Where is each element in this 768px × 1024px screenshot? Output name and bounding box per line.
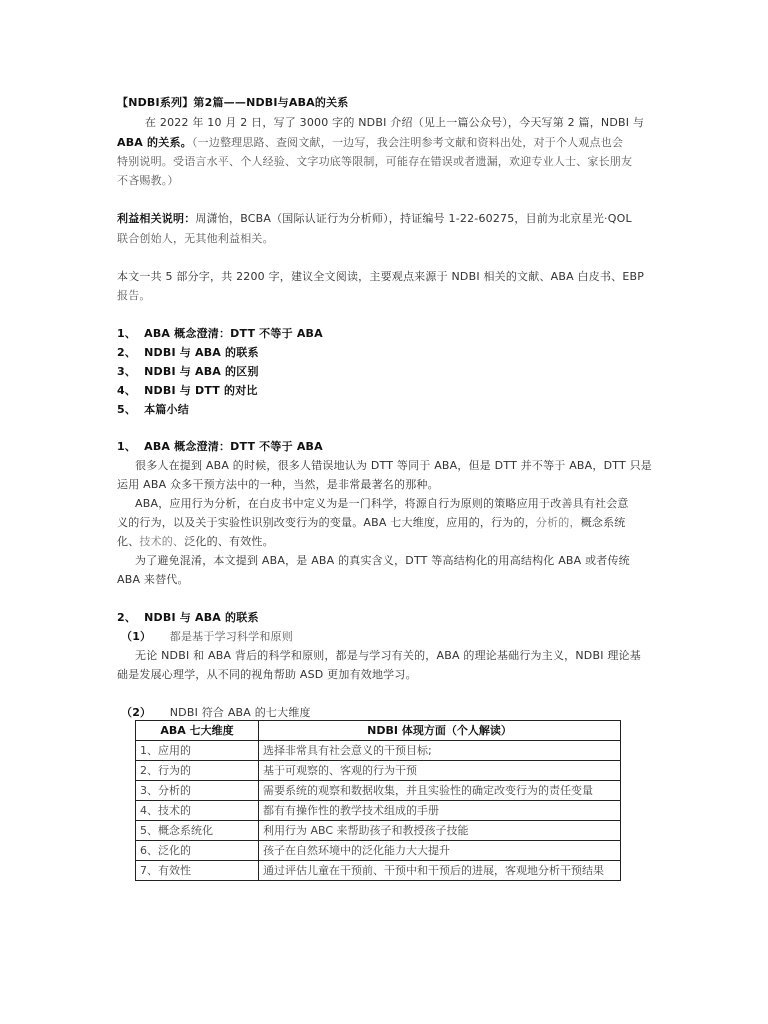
heading-num: 1、 — [117, 440, 136, 453]
section1-p2-line2: 义的行为，以及关于实验性识别改变行为的变量。ABA 七大维度，应用的，行为的，分… — [117, 516, 626, 530]
text-highlight: 技术的、 — [139, 535, 184, 548]
table-row: 2、行为的 基于可观察的、客观的行为干预 — [136, 761, 621, 781]
ndbi-cell: 基于可观察的、客观的行为干预 — [259, 761, 621, 781]
intro-line-4: 不吝赐教。） — [117, 174, 179, 188]
intro-bold: ABA 的关系。 — [117, 136, 192, 149]
toc-item[interactable]: 3、 NDBI 与 ABA 的区别 — [117, 365, 259, 379]
sub-label: 都是基于学习科学和原则 — [170, 630, 293, 643]
dimension-cell: 6、泛化的 — [136, 841, 259, 861]
section1-heading: 1、 ABA 概念澄清：DTT 不等于 ABA — [117, 440, 323, 454]
text: 化、 — [117, 535, 139, 548]
table-row: 4、技术的 都有有操作性的教学技术组成的手册 — [136, 801, 621, 821]
toc-label: 本篇小结 — [144, 403, 189, 416]
intro-note: （一边整理思路、查阅文献，一边写，我会注明参考文献和资料出处，对于个人观点也会 — [192, 136, 623, 149]
seven-dimensions-table: ABA 七大维度 NDBI 体现方面（个人解读） 1、应用的 选择非常具有社会意… — [135, 720, 621, 881]
ndbi-cell: 选择非常具有社会意义的干预目标; — [259, 741, 621, 761]
heading-text: ABA 概念澄清：DTT 不等于 ABA — [144, 440, 323, 453]
section2-sub1: （1） 都是基于学习科学和原则 — [121, 630, 293, 644]
disclosure-line-1: 利益相关说明：周潇怡，BCBA（国际认证行为分析师），持证编号 1-22-602… — [117, 212, 632, 226]
sub-num: （2） — [121, 706, 151, 719]
section1-p2-line3: 化、技术的、泛化的、有效性。 — [117, 535, 274, 549]
sub-num: （1） — [121, 630, 151, 643]
section2-sub1-line1: 无论 NDBI 和 ABA 背后的科学和原则，都是与学习有关的，ABA 的理论基… — [135, 649, 641, 663]
toc-num: 4、 — [117, 384, 136, 397]
toc-item[interactable]: 2、 NDBI 与 ABA 的联系 — [117, 346, 259, 360]
sub-label: NDBI 符合 ABA 的七大维度 — [170, 706, 311, 719]
table-row: 7、有效性 通过评估儿童在干预前、干预中和干预后的进展，客观地分析干预结果 — [136, 861, 621, 881]
toc-num: 2、 — [117, 346, 136, 359]
table-row: 5、概念系统化 利用行为 ABC 来帮助孩子和教授孩子技能 — [136, 821, 621, 841]
heading-text: NDBI 与 ABA 的联系 — [144, 611, 259, 624]
table-header-row: ABA 七大维度 NDBI 体现方面（个人解读） — [136, 721, 621, 741]
table-row: 6、泛化的 孩子在自然环境中的泛化能力大大提升 — [136, 841, 621, 861]
summary-line-2: 报告。 — [117, 289, 151, 303]
dimension-cell: 4、技术的 — [136, 801, 259, 821]
toc-label: NDBI 与 ABA 的区别 — [144, 365, 259, 378]
text: 泛化的、有效性。 — [184, 535, 274, 548]
text-highlight: 分析的， — [536, 516, 581, 529]
toc-num: 3、 — [117, 365, 136, 378]
disclosure-line-2: 联合创始人，无其他利益相关。 — [117, 232, 274, 246]
section1-p3-line2: ABA 来替代。 — [117, 573, 189, 587]
table-row: 1、应用的 选择非常具有社会意义的干预目标; — [136, 741, 621, 761]
section2-heading: 2、 NDBI 与 ABA 的联系 — [117, 611, 259, 625]
column-header: NDBI 体现方面（个人解读） — [259, 721, 621, 741]
ndbi-cell: 孩子在自然环境中的泛化能力大大提升 — [259, 841, 621, 861]
dimension-cell: 2、行为的 — [136, 761, 259, 781]
dimension-cell: 5、概念系统化 — [136, 821, 259, 841]
ndbi-cell: 通过评估儿童在干预前、干预中和干预后的进展，客观地分析干预结果 — [259, 861, 621, 881]
toc-num: 1、 — [117, 327, 136, 340]
heading-num: 2、 — [117, 611, 136, 624]
section2-sub2: （2） NDBI 符合 ABA 的七大维度 — [121, 706, 311, 720]
section1-p3-line1: 为了避免混淆，本文提到 ABA，是 ABA 的真实含义，DTT 等高结构化的用高… — [135, 554, 630, 568]
ndbi-cell: 都有有操作性的教学技术组成的手册 — [259, 801, 621, 821]
toc-label: NDBI 与 ABA 的联系 — [144, 346, 259, 359]
text: 义的行为，以及关于实验性识别改变行为的变量。ABA 七大维度，应用的，行为的， — [117, 516, 536, 529]
summary-line-1: 本文一共 5 部分字，共 2200 字，建议全文阅读，主要观点来源于 NDBI … — [117, 270, 644, 284]
intro-line-2: ABA 的关系。（一边整理思路、查阅文献，一边写，我会注明参考文献和资料出处，对… — [117, 136, 623, 150]
section2-sub1-line2: 础是发展心理学，从不同的视角帮助 ASD 更加有效地学习。 — [117, 668, 417, 682]
toc-label: ABA 概念澄清：DTT 不等于 ABA — [144, 327, 323, 340]
toc-item[interactable]: 5、 本篇小结 — [117, 403, 189, 417]
ndbi-cell: 利用行为 ABC 来帮助孩子和教授孩子技能 — [259, 821, 621, 841]
column-header: ABA 七大维度 — [136, 721, 259, 741]
disclosure-text: 周潇怡，BCBA（国际认证行为分析师），持证编号 1-22-60275，目前为北… — [195, 212, 631, 225]
dimension-cell: 3、分析的 — [136, 781, 259, 801]
section1-p1-line1: 很多人在提到 ABA 的时候，很多人错误地认为 DTT 等同于 ABA，但是 D… — [135, 459, 652, 473]
toc-item[interactable]: 1、 ABA 概念澄清：DTT 不等于 ABA — [117, 327, 323, 341]
toc-num: 5、 — [117, 403, 136, 416]
ndbi-cell: 需要系统的观察和数据收集，并且实验性的确定改变行为的责任变量 — [259, 781, 621, 801]
document-title: 【NDBI系列】第2篇——NDBI与ABA的关系 — [117, 96, 349, 110]
section1-p1-line2: 运用 ABA 众多干预方法中的一种，当然，是非常最著名的那种。 — [117, 478, 439, 492]
disclosure-label: 利益相关说明： — [117, 212, 195, 225]
intro-line-3: 特别说明。受语言水平、个人经验、文字功底等限制，可能存在错误或者遗漏，欢迎专业人… — [117, 155, 632, 169]
dimension-cell: 7、有效性 — [136, 861, 259, 881]
text: 概念系统 — [581, 516, 626, 529]
toc-label: NDBI 与 DTT 的对比 — [144, 384, 258, 397]
intro-line-1: 在 2022 年 10 月 2 日，写了 3000 字的 NDBI 介绍（见上一… — [145, 116, 644, 130]
dimension-cell: 1、应用的 — [136, 741, 259, 761]
section1-p2-line1: ABA，应用行为分析，在白皮书中定义为是一门科学，将源自行为原则的策略应用于改善… — [135, 497, 629, 511]
toc-item[interactable]: 4、 NDBI 与 DTT 的对比 — [117, 384, 258, 398]
table-row: 3、分析的 需要系统的观察和数据收集，并且实验性的确定改变行为的责任变量 — [136, 781, 621, 801]
